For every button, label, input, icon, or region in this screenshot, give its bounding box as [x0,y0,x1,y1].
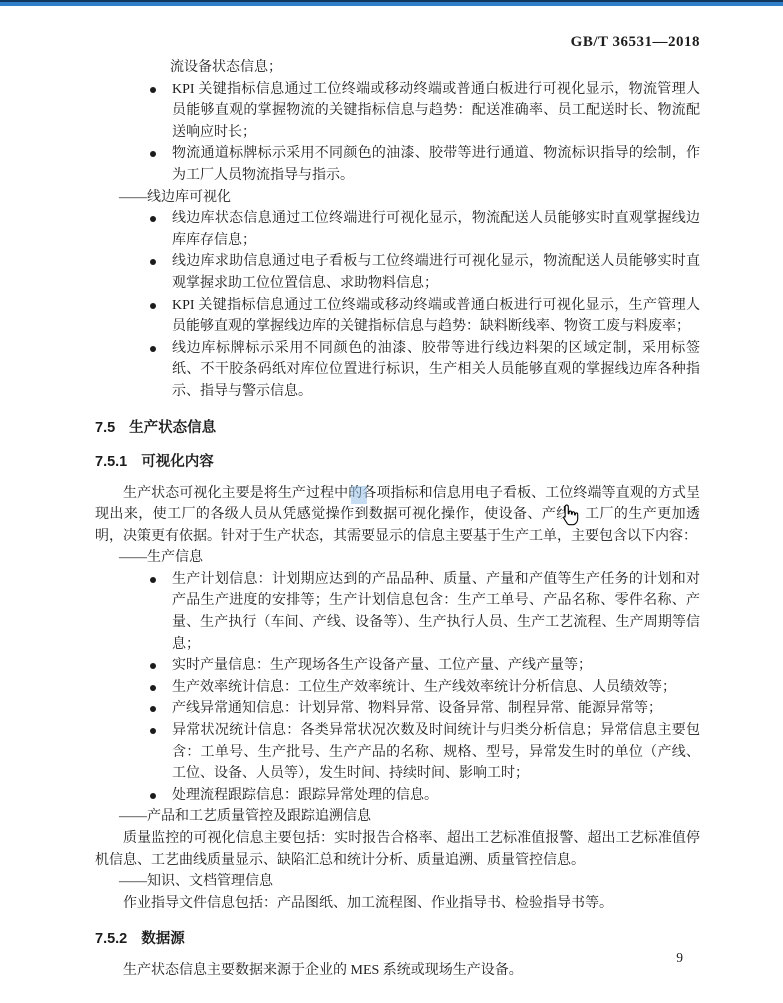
section-title: 可视化内容 [141,454,214,470]
bullet-text: 生产效率统计信息：工位生产效率统计、生产线效率统计分析信息、人员绩效等； [172,680,676,695]
bullet-text: 线边库标牌标示采用不同颜色的油漆、胶带等进行线边料架的区域定制，采用标签纸、不干… [172,341,700,399]
bullet-item: 生产效率统计信息：工位生产效率统计、生产线效率统计分析信息、人员绩效等； [95,677,700,699]
bullet-icon [150,663,156,669]
bullet-item: 处理流程跟踪信息：跟踪异常处理的信息。 [95,785,700,807]
dash-item: ——知识、文档管理信息 [95,871,700,893]
bullet-icon [150,259,156,265]
page-top-border-blue [0,2,783,6]
bullet-icon [150,303,156,309]
dash-item: ——产品和工艺质量管控及跟踪追溯信息 [95,806,700,828]
bullet-item: 线边库求助信息通过电子看板与工位终端进行可视化显示，物流配送人员能够实时直观掌握… [95,251,700,294]
bullet-icon [150,216,156,222]
standard-number-header: GB/T 36531—2018 [571,34,700,51]
page-number: 9 [676,950,683,966]
bullet-item: 生产计划信息：计划期应达到的产品品种、质量、产量和产值等生产任务的计划和对产品生… [95,569,700,655]
bullet-item: 产线异常通知信息：计划异常、物料异常、设备异常、制程异常、能源异常等； [95,698,700,720]
bullet-icon [150,151,156,157]
bullet-item: KPI 关键指标信息通过工位终端或移动终端或普通白板进行可视化显示，物流管理人员… [95,79,700,144]
bullet-item: 实时产量信息：生产现场各生产设备产量、工位产量、产线产量等； [95,655,700,677]
bullet-text: 处理流程跟踪信息：跟踪异常处理的信息。 [172,788,438,803]
bullet-icon [150,87,156,93]
paragraph: 生产状态可视化主要是将生产过程中的各项指标和信息用电子看板、工位终端等直观的方式… [95,483,700,548]
bullet-text: 实时产量信息：生产现场各生产设备产量、工位产量、产线产量等； [172,658,592,673]
section-number: 7.5 [95,420,115,436]
document-body: 流设备状态信息； KPI 关键指标信息通过工位终端或移动终端或普通白板进行可视化… [95,57,700,982]
section-title: 数据源 [141,931,185,947]
bullet-text: 物流通道标牌标示采用不同颜色的油漆、胶带等进行通道、物流标识指导的绘制，作为工厂… [172,146,700,183]
section-title: 生产状态信息 [129,420,216,436]
bullet-text: 异常状况统计信息：各类异常状况次数及时间统计与归类分析信息；异常信息主要包含：工… [172,723,700,781]
paragraph: 作业指导文件信息包括：产品图纸、加工流程图、作业指导书、检验指导书等。 [95,893,700,915]
bullet-icon [150,706,156,712]
bullet-text: 线边库求助信息通过电子看板与工位终端进行可视化显示，物流配送人员能够实时直观掌握… [172,254,700,291]
bullet-item: 线边库标牌标示采用不同颜色的油漆、胶带等进行线边料架的区域定制，采用标签纸、不干… [95,338,700,403]
section-heading-7-5-2: 7.5.2数据源 [95,928,700,950]
dash-item: ——生产信息 [95,547,700,569]
bullet-icon [150,346,156,352]
bullet-item: 线边库状态信息通过工位终端进行可视化显示，物流配送人员能够实时直观掌握线边库库存… [95,208,700,251]
bullet-icon [150,685,156,691]
section-number: 7.5.2 [95,931,127,947]
bullet-text: 产线异常通知信息：计划异常、物料异常、设备异常、制程异常、能源异常等； [172,701,662,716]
bullet-icon [150,793,156,799]
continuation-line: 流设备状态信息； [95,57,700,79]
bullet-text: KPI 关键指标信息通过工位终端或移动终端或普通白板进行可视化显示，生产管理人员… [172,298,700,335]
bullet-item: KPI 关键指标信息通过工位终端或移动终端或普通白板进行可视化显示，生产管理人员… [95,295,700,338]
paragraph: 质量监控的可视化信息主要包括：实时报告合格率、超出工艺标准值报警、超出工艺标准值… [95,828,700,871]
dash-item: ——线边库可视化 [95,187,700,209]
bullet-text: KPI 关键指标信息通过工位终端或移动终端或普通白板进行可视化显示，物流管理人员… [172,82,700,140]
bullet-text: 线边库状态信息通过工位终端进行可视化显示，物流配送人员能够实时直观掌握线边库库存… [172,211,700,248]
bullet-text: 生产计划信息：计划期应达到的产品品种、质量、产量和产值等生产任务的计划和对产品生… [172,572,700,652]
section-heading-7-5: 7.5生产状态信息 [95,417,700,439]
section-number: 7.5.1 [95,454,127,470]
paragraph: 生产状态信息主要数据来源于企业的 MES 系统或现场生产设备。 [95,960,700,982]
bullet-icon [150,577,156,583]
bullet-icon [150,728,156,734]
bullet-item: 异常状况统计信息：各类异常状况次数及时间统计与归类分析信息；异常信息主要包含：工… [95,720,700,785]
section-heading-7-5-1: 7.5.1可视化内容 [95,451,700,473]
bullet-item: 物流通道标牌标示采用不同颜色的油漆、胶带等进行通道、物流标识指导的绘制，作为工厂… [95,143,700,186]
